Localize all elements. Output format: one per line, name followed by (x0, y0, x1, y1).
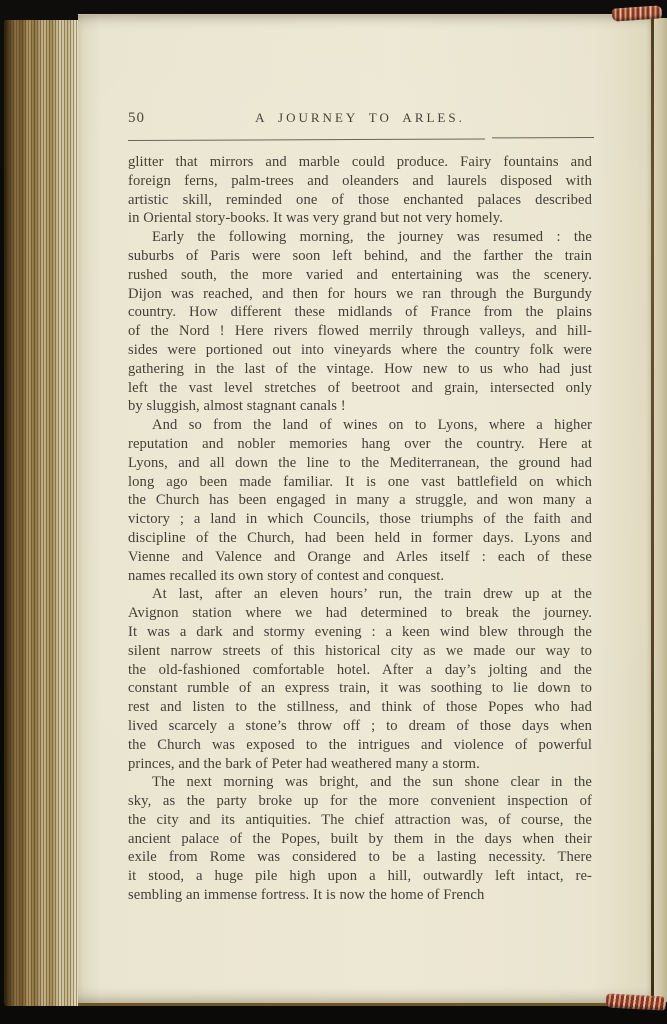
text-line: constant rumble of an express train, it … (128, 679, 592, 698)
text-line: princes, and the bark of Peter had weath… (128, 755, 592, 774)
header-rule-right-segment (492, 137, 594, 138)
text-line: sky, as the party broke up for the more … (128, 792, 592, 811)
text-line: by sluggish, almost stagnant canals ! (128, 397, 592, 416)
text-line: sides were portioned out into vineyards … (128, 341, 592, 360)
header-rule (128, 137, 594, 140)
text-line: in Oriental story-books. It was very gra… (128, 209, 592, 228)
text-line: the city and its antiquities. The chief … (128, 811, 592, 830)
text-line: Lyons, and all down the line to the Medi… (128, 454, 592, 473)
page-edges (4, 20, 80, 1006)
text-line: of the Nord ! Here rivers flowed merrily… (128, 322, 592, 341)
text-line: sembling an immense fortress. It is now … (128, 886, 592, 905)
text-line: foreign ferns, palm-trees and oleanders … (128, 172, 592, 191)
text-line: glitter that mirrors and marble could pr… (128, 153, 592, 172)
text-line: country. How different these midlands of… (128, 303, 592, 322)
text-line: artistic skill, reminded one of those en… (128, 191, 592, 210)
text-line: the Church was exposed to the intrigues … (128, 736, 592, 755)
headband-bottom (606, 993, 667, 1010)
text-line: The next morning was bright, and the sun… (128, 773, 592, 792)
text-line: Early the following morning, the journey… (128, 228, 592, 247)
text-line: And so from the land of wines on to Lyon… (128, 416, 592, 435)
paragraph: And so from the land of wines on to Lyon… (128, 416, 592, 585)
text-line: lived scarcely a stone’s throw off ; to … (128, 717, 592, 736)
text-line: ancient palace of the Popes, built by th… (128, 830, 592, 849)
text-line: gathering in the last of the vintage. Ho… (128, 360, 592, 379)
paragraph: At last, after an eleven hours’ run, the… (128, 585, 592, 773)
paragraph: glitter that mirrors and marble could pr… (128, 153, 592, 228)
text-line: rushed south, the more varied and entert… (128, 266, 592, 285)
text-line: exile from Rome was considered to be a l… (128, 848, 592, 867)
text-line: left the vast level stretches of beetroo… (128, 379, 592, 398)
text-line: silent narrow streets of this historical… (128, 642, 592, 661)
text-line: It was a dark and stormy evening : a kee… (128, 623, 592, 642)
text-line: discipline of the Church, had been held … (128, 529, 592, 548)
running-head: A JOURNEY TO ARLES. (128, 110, 592, 126)
text-line: suburbs of Paris were soon left behind, … (128, 247, 592, 266)
text-line: the Church has been engaged in many a st… (128, 491, 592, 510)
text-line: names recalled its own story of contest … (128, 567, 592, 586)
text-line: victory ; a land in which Councils, thos… (128, 510, 592, 529)
text-line: rest and listen to the stillness, and th… (128, 698, 592, 717)
page-header: 50 A JOURNEY TO ARLES. (128, 110, 592, 130)
book-page: 50 A JOURNEY TO ARLES. glitter that mirr… (78, 14, 652, 1006)
page-number: 50 (128, 110, 145, 127)
text-line: long ago been made familiar. It is one v… (128, 473, 592, 492)
facing-page-sliver (654, 18, 667, 1002)
text-line: Avignon station where we had determined … (128, 604, 592, 623)
text-line: Vienne and Valence and Orange and Arles … (128, 548, 592, 567)
text-line: it stood, a huge pile high upon a hill, … (128, 867, 592, 886)
paragraph: The next morning was bright, and the sun… (128, 773, 592, 905)
text-line: reputation and nobler memories hang over… (128, 435, 592, 454)
text-line: At last, after an eleven hours’ run, the… (128, 585, 592, 604)
header-rule-left-segment (128, 138, 485, 141)
text-line: Dijon was reached, and then for hours we… (128, 285, 592, 304)
text-block: glitter that mirrors and marble could pr… (128, 153, 592, 905)
text-line: the old-fashioned comfortable hotel. Aft… (128, 661, 592, 680)
book-scan: 50 A JOURNEY TO ARLES. glitter that mirr… (0, 0, 667, 1024)
paragraph: Early the following morning, the journey… (128, 228, 592, 416)
